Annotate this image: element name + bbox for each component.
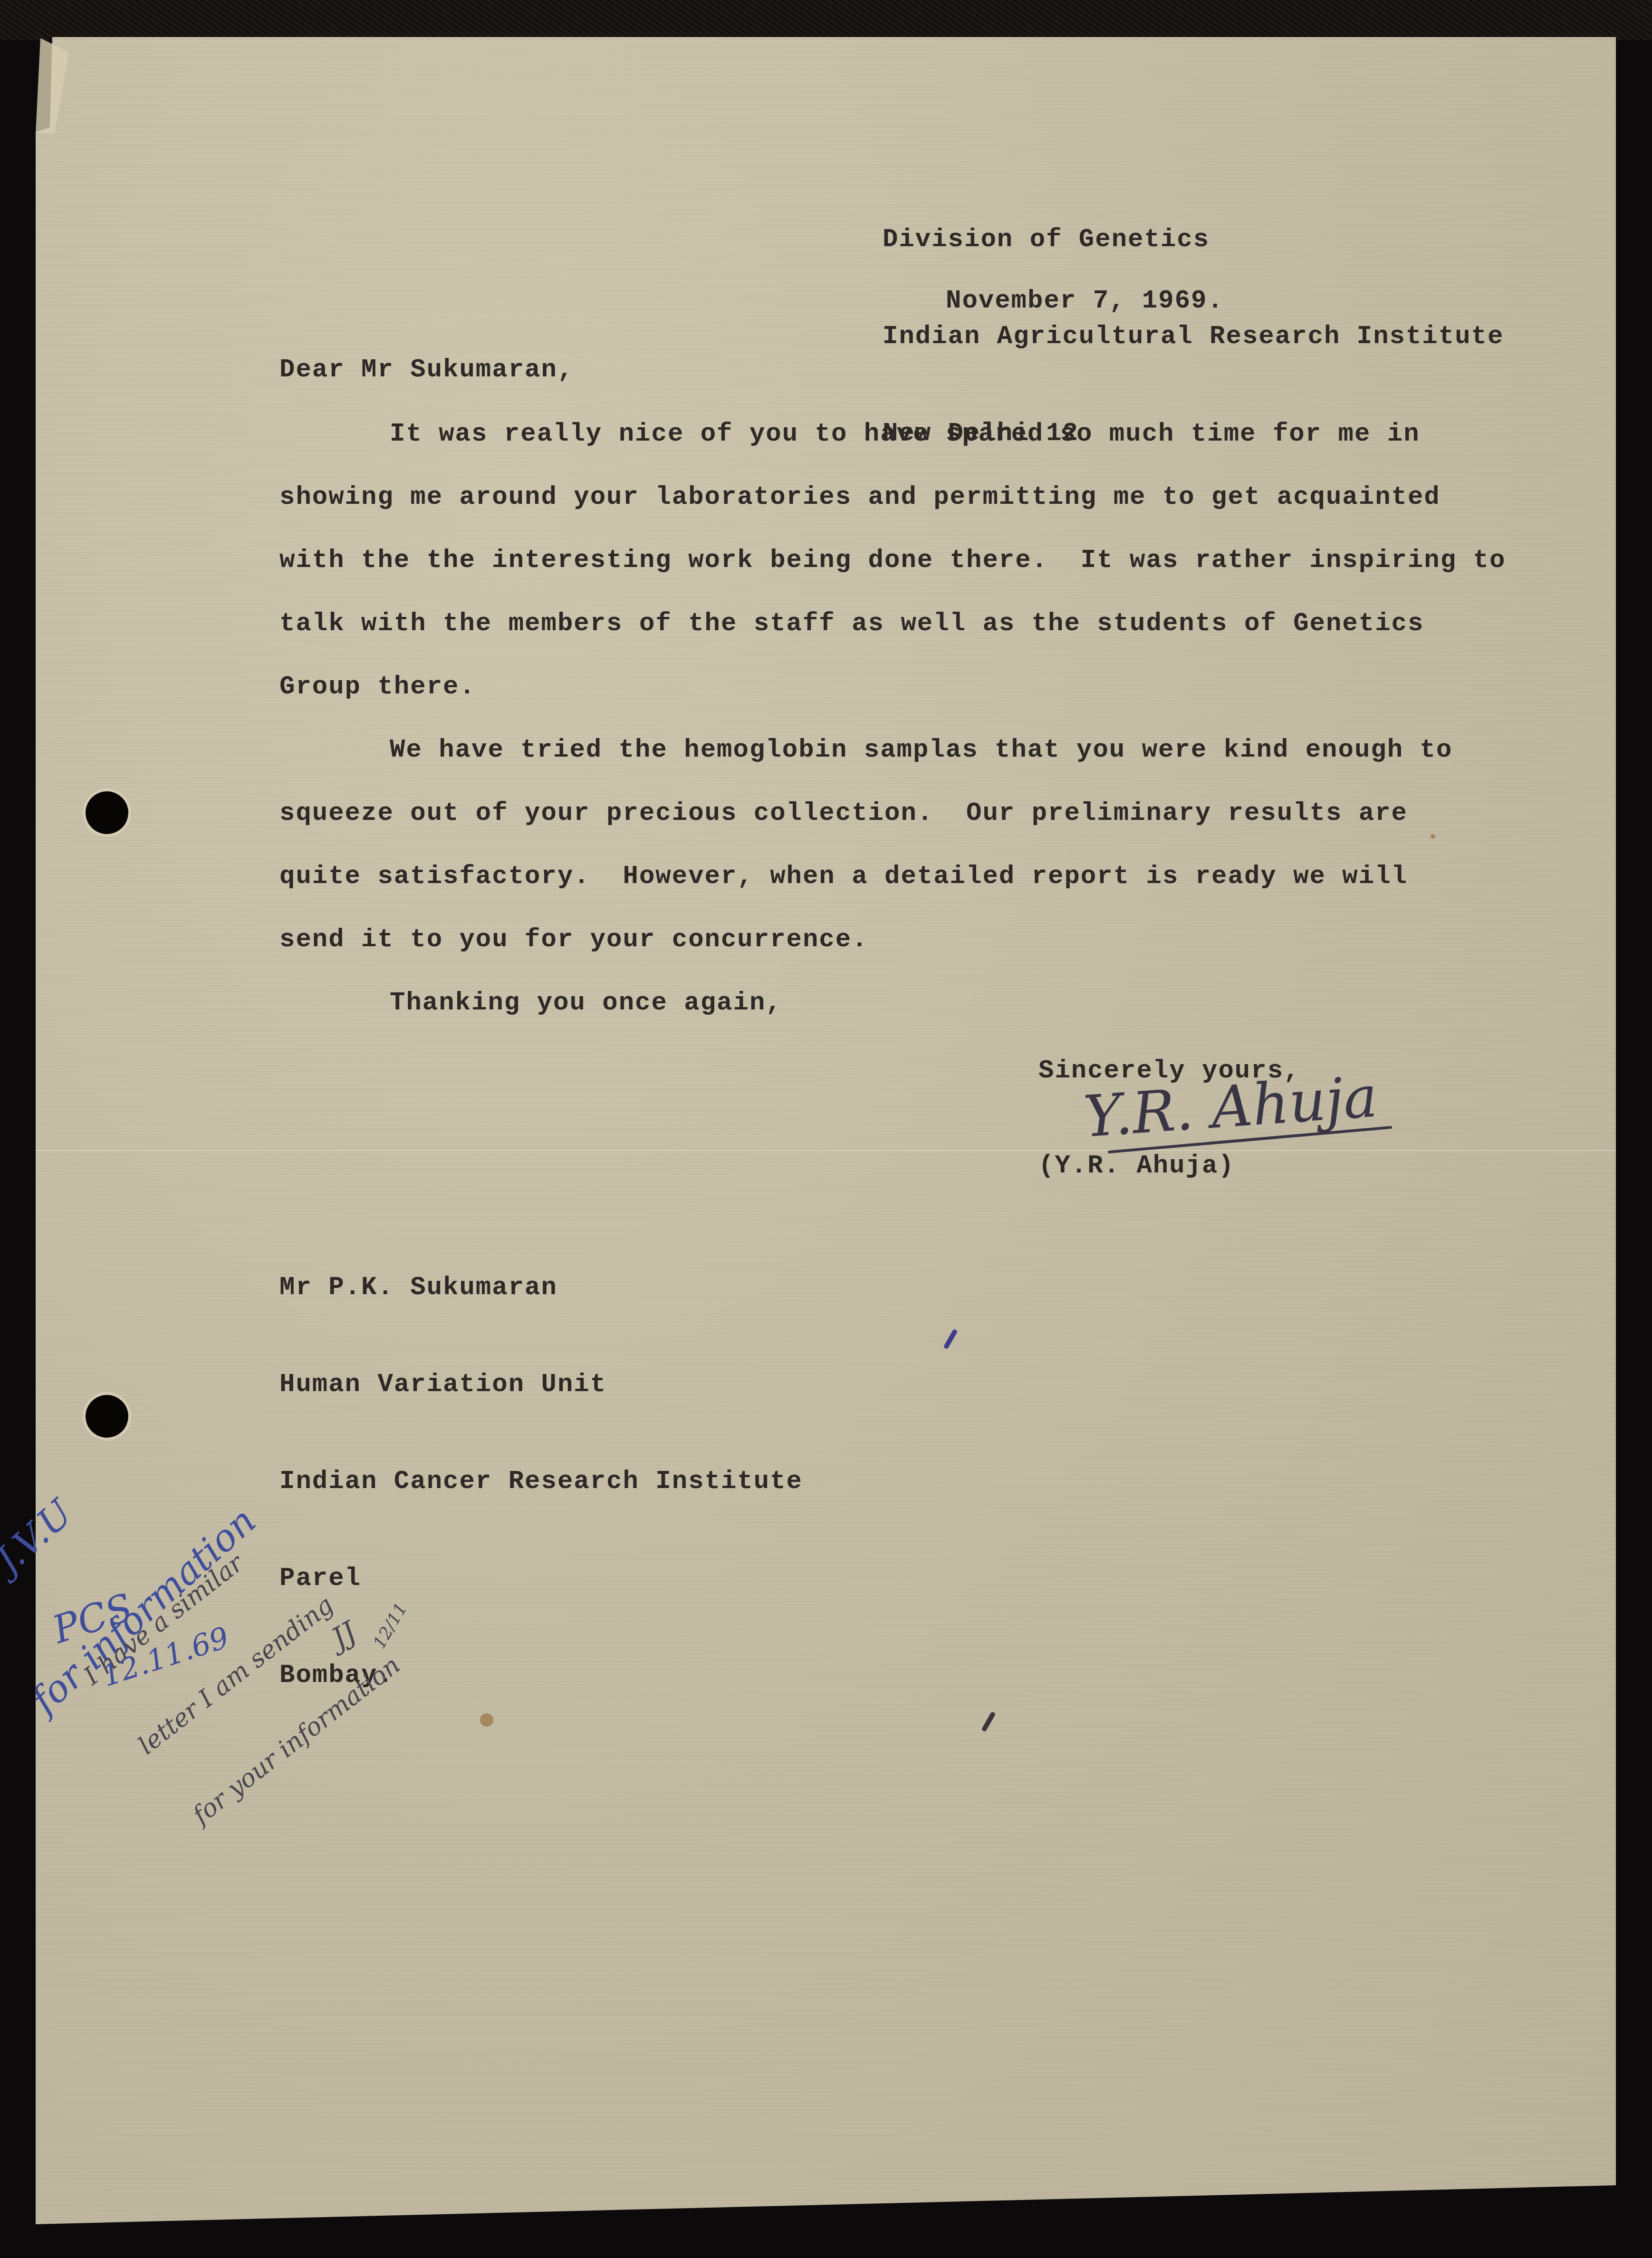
letter-date: November 7, 1969. <box>946 285 1224 317</box>
body-line: quite satisfactory. However, when a deta… <box>279 861 1408 893</box>
body-line: It was really nice of you to have spared… <box>390 418 1420 451</box>
address-line: Mr P.K. Sukumaran <box>279 1272 803 1304</box>
body-line: with the the interesting work being done… <box>279 545 1506 577</box>
body-line: showing me around your laboratories and … <box>279 481 1441 514</box>
letterhead-line: Indian Agricultural Research Institute <box>883 321 1504 353</box>
address-line: Parel <box>279 1563 803 1595</box>
body-line: squeeze out of your precious collection.… <box>279 798 1408 830</box>
ink-speck <box>1431 834 1435 839</box>
fold-crease <box>36 1150 1616 1151</box>
signatory-name: (Y.R. Ahuja) <box>1038 1150 1235 1182</box>
body-line: We have tried the hemoglobin samplas tha… <box>390 734 1452 767</box>
address-line: Indian Cancer Research Institute <box>279 1466 803 1498</box>
body-line: Group there. <box>279 671 476 703</box>
address-line: Human Variation Unit <box>279 1369 803 1401</box>
punch-hole-upper <box>86 791 128 834</box>
body-line: send it to you for your concurrence. <box>279 924 868 956</box>
scan-backdrop <box>0 0 1652 40</box>
body-line: talk with the members of the staff as we… <box>279 608 1424 640</box>
salutation: Dear Mr Sukumaran, <box>279 354 574 386</box>
body-line: Thanking you once again, <box>390 987 782 1019</box>
letterhead-line: Division of Genetics <box>883 224 1504 256</box>
